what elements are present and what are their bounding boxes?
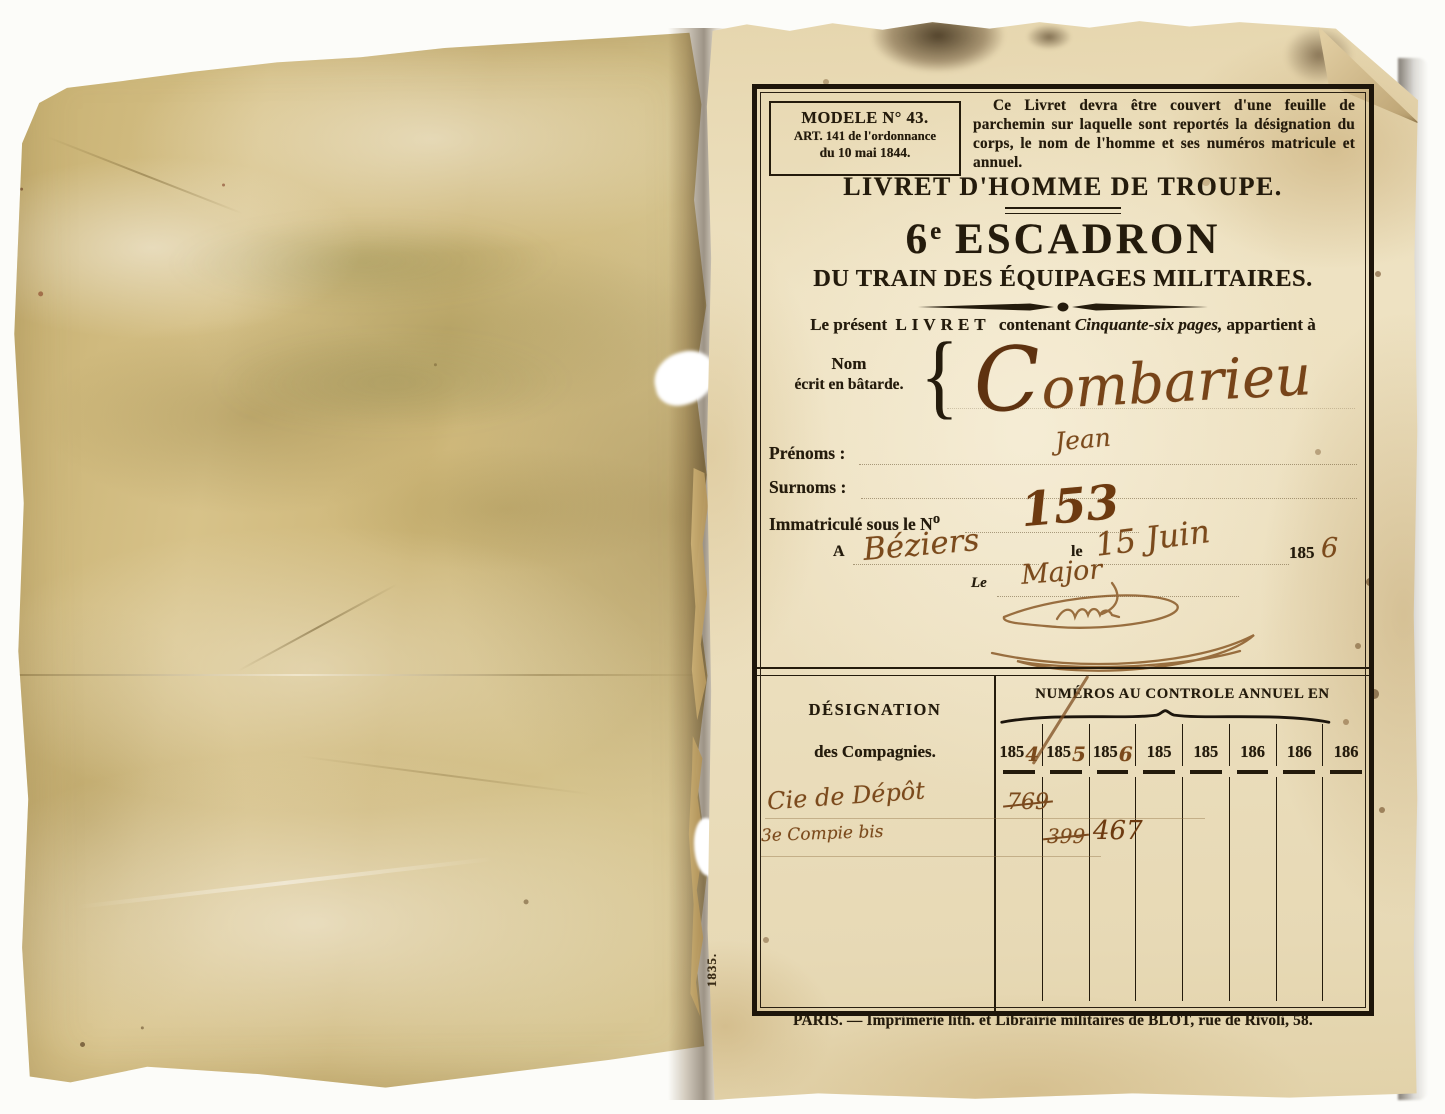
year-digit-handwritten: 6 [1321,533,1338,564]
year-printed: 185 [1046,742,1071,762]
place-label: A [833,543,845,561]
table-column-lines [996,777,1369,1001]
squadron-word: ESCADRON [955,216,1220,263]
booklet-title: LIVRET D'HOMME DE TROUPE. [757,172,1369,202]
year-printed: 185 [1000,742,1025,762]
ruled-line [1093,563,1289,565]
name-label: Nom écrit en bâtarde. [783,353,915,395]
company-row-number: 399 [1047,824,1085,848]
year-printed: 185 [1289,543,1315,563]
parchment-crease [299,755,591,795]
ink-stain [1026,24,1072,50]
company-row-designation: Cie de Dépôt [766,777,926,816]
companies-header: des Compagnies. [769,742,981,762]
guide-line [761,856,1101,857]
designation-header: DÉSIGNATION [769,700,981,720]
column-dash-row [996,768,1369,777]
parchment-cover-page [10,30,721,1095]
company-row-number: 467 [1093,816,1143,846]
ruled-line [947,407,1355,409]
owner-name-handwritten: Combarieu [935,318,1349,427]
foxing-spots [704,20,708,24]
year-printed: 186 [1287,742,1312,762]
name-label-line2: écrit en bâtarde. [783,375,915,395]
printed-frame: MODELE N° 43. ART. 141 de l'ordonnance d… [752,84,1374,1016]
cover-notice: Ce Livret devra être couvert d'une feuil… [973,97,1355,173]
squadron-ordinal: e [930,218,941,245]
ruled-line [859,463,1357,465]
major-signature-flourish [962,581,1292,677]
year-printed: 186 [1240,742,1265,762]
struck-number: 399 [1047,824,1085,848]
corps-heading: DU TRAIN DES ÉQUIPAGES MILITAIRES. [757,265,1369,293]
company-row-number: 769 [1007,790,1049,815]
year-written: 6 [1119,742,1133,766]
double-rule-divider [1005,207,1121,214]
year-written: 5 [1072,742,1086,766]
year-cell: 186 [1276,724,1323,766]
year-cell: 1855 [1042,724,1089,766]
group-header-brace [1000,708,1331,724]
year-cell: 186 [1229,724,1276,766]
livret-cover-page: MODELE N° 43. ART. 141 de l'ordonnance d… [704,20,1418,1102]
model-number: MODELE N° 43. [771,108,959,129]
surnames-label: Surnoms : [769,477,846,498]
year-printed: 185 [1093,742,1118,762]
bleed-through-smudge [210,328,575,438]
parchment-crease [17,674,717,676]
parchment-crease [77,857,495,909]
name-label-line1: Nom [783,353,915,375]
first-names-label: Prénoms : [769,443,845,464]
squadron-heading: 6e ESCADRON [757,215,1369,264]
numbers-group-header: NUMÉROS AU CONTROLE ANNUEL EN [996,686,1369,703]
first-name-handwritten: Jean [1054,423,1112,457]
squadron-number: 6 [906,216,931,263]
year-printed: 186 [1334,742,1359,762]
struck-number: 769 [1007,790,1049,815]
table-top-rule [757,667,1369,669]
ink-specks [10,38,13,41]
ordinance-reference: ART. 141 de l'ordonnance [771,129,959,145]
year-cell: 185 [1135,724,1182,766]
parchment-crease [237,584,398,673]
year-cell: 185 [1182,724,1229,766]
year-cell: 186 [1322,724,1369,766]
ordinance-date: du 10 mai 1844. [771,145,959,162]
year-printed: 185 [1194,742,1219,762]
parchment-crease [47,136,243,214]
ornament-divider [918,299,1208,315]
ink-stain [872,20,1004,72]
bleed-through-smudge [166,212,559,311]
side-year-vertical: 1835. [704,934,720,1006]
year-printed: 185 [1147,742,1172,762]
company-row-designation: 3e Compie bis [761,822,884,846]
year-cell: 1856 [1089,724,1136,766]
model-number-box: MODELE N° 43. ART. 141 de l'ordonnance d… [769,101,961,176]
ownership-pre: Le présent [810,315,887,334]
annual-control-table: DÉSIGNATION des Compagnies. NUMÉROS AU C… [757,675,1369,1011]
